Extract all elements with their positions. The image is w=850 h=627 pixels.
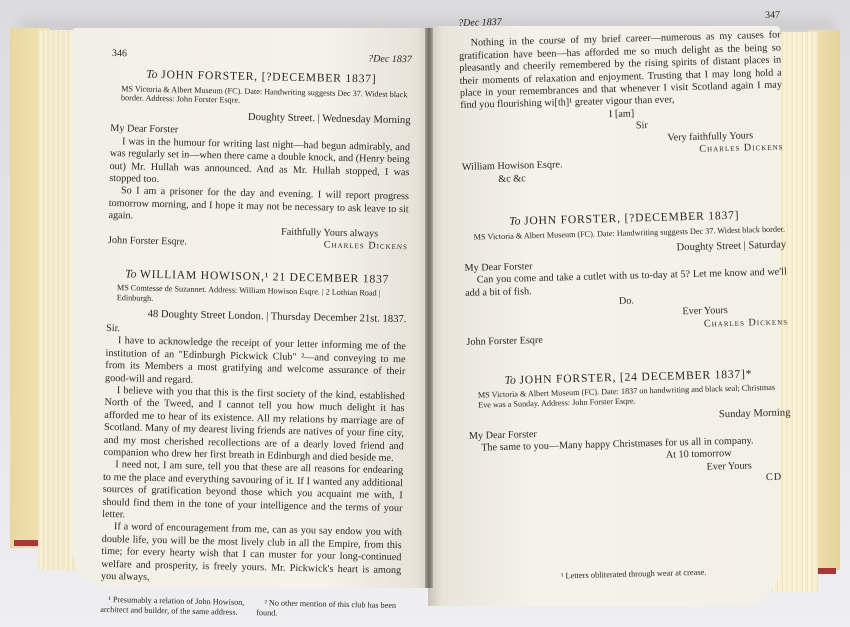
page-number: 347	[765, 10, 780, 23]
running-date: ?Dec 1837	[458, 17, 502, 31]
letter-meta: MS Victoria & Albert Museum (FC). Date: …	[121, 84, 411, 109]
letter-paragraph: I have to acknowledge the receipt of you…	[105, 335, 406, 391]
letter-paragraph: I need not, I am sure, tell you that the…	[102, 459, 403, 527]
letter-meta: MS Victoria & Albert Museum (FC). Date: …	[478, 382, 790, 409]
book-gutter	[425, 28, 433, 588]
page-number: 346	[112, 48, 127, 61]
footnote: ¹ Presumably a relation of John Howison,…	[100, 595, 244, 617]
letter-paragraph: So I am a prisoner for the day and eveni…	[108, 185, 409, 228]
letter-paragraph: I believe with you that this is the firs…	[103, 385, 404, 466]
letter-meta: MS Comtesse de Suzannet. Address: Willia…	[117, 283, 407, 308]
left-page-text: 346 ?Dec 1837 To JOHN FORSTER, [?DECEMBE…	[100, 48, 412, 621]
letter-paragraph: If a word of encouragement from me, can …	[101, 521, 402, 589]
headband-left	[14, 540, 38, 546]
running-head: ?Dec 1837 347	[458, 10, 780, 31]
footnote: ² No other mention of this club has been…	[256, 599, 400, 621]
footnotes: ¹ Presumably a relation of John Howison,…	[100, 595, 400, 620]
running-date: ?Dec 1837	[368, 53, 412, 66]
right-page-text: ?Dec 1837 347 Nothing in the course of m…	[458, 10, 795, 585]
letter-paragraph: Nothing in the course of my brief career…	[459, 30, 783, 113]
letter-paragraph: I was in the humour for writing last nig…	[109, 136, 410, 192]
